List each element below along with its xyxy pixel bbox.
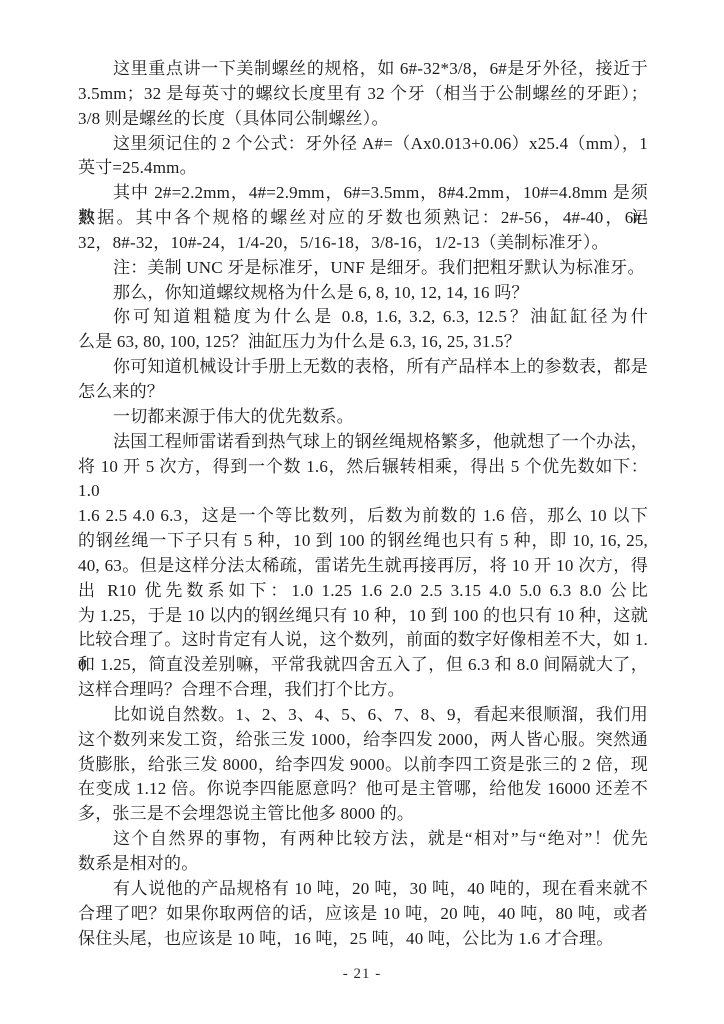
text-line-4: 这里须记住的 2 个公式：牙外径 A#=（Ax0.013+0.06）x25.4（… [78,132,648,157]
text-line-20: 的钢丝绳一下子只有 5 种，10 到 100 的钢丝绳也只有 5 种，即 10,… [78,529,648,554]
text-line-10: 那么，你知道螺纹规格为什么是 6, 8, 10, 12, 14, 16 吗？ [78,281,648,306]
text-line-3: 3/8 则是螺丝的长度（具体同公制螺丝）。 [78,107,648,132]
text-line-9: 注：美制 UNC 牙是标准牙，UNF 是细牙。我们把粗牙默认为标准牙。 [78,256,648,281]
text-line-12: 么是 63, 80, 100, 125？油缸压力为什么是 6.3, 16, 25… [78,330,648,355]
text-line-11: 你可知道粗糙度为什么是 0.8, 1.6, 3.2, 6.3, 12.5？油缸缸… [78,305,648,330]
text-line-16: 法国工程师雷诺看到热气球上的钢丝绳规格繁多，他就想了一个办法， [78,430,648,455]
text-line-18: 1.0 [78,479,648,504]
text-line-36: 保住头尾，也应该是 10 吨，16 吨，25 吨，40 吨，公比为 1.6 才合… [78,927,648,952]
text-line-29: 货膨胀，给张三发 8000，给李四发 9000。以前李四工资是张三的 2 倍，现 [78,753,648,778]
text-line-25: 和 1.25，简直没差别嘛，平常我就四舍五入了，但 6.3 和 8.0 间隔就大… [78,653,648,678]
text-line-6: 其中 2#=2.2mm，4#=2.9mm，6#=3.5mm，8#4.2mm，10… [78,181,648,206]
text-line-23: 为 1.25，于是 10 以内的钢丝绳只有 10 种，10 到 100 的也只有… [78,604,648,629]
text-line-34: 有人说他的产品规格有 10 吨，20 吨，30 吨，40 吨的，现在看来就不 [78,877,648,902]
text-line-26: 这样合理吗？合理不合理，我们打个比方。 [78,678,648,703]
text-line-19: 1.6 2.5 4.0 6.3，这是一个等比数列，后数为前数的 1.6 倍，那么… [78,504,648,529]
text-line-33: 数系是相对的。 [78,852,648,877]
text-line-31: 多，张三是不会埋怨说主管比他多 8000 的。 [78,802,648,827]
page-footer: - 21 - [0,966,724,983]
text-line-13: 你可知道机械设计手册上无数的表格，所有产品样本上的参数表，都是 [78,355,648,380]
text-line-22: 出 R10 优先数系如下：1.0 1.25 1.6 2.0 2.5 3.15 4… [78,579,648,604]
text-line-1: 这里重点讲一下美制螺丝的规格，如 6#-32*3/8，6#是牙外径，接近于 [78,57,648,82]
body-text: 这里重点讲一下美制螺丝的规格，如 6#-32*3/8，6#是牙外径，接近于3.5… [78,57,648,951]
text-line-30: 在变成 1.12 倍。你说李四能愿意吗？他可是主管哪，给他发 16000 还差不 [78,777,648,802]
text-line-35: 合理了吧？如果你取两倍的话，应该是 10 吨，20 吨，40 吨，80 吨，或者 [78,902,648,927]
text-line-2: 3.5mm；32 是每英寸的螺纹长度里有 32 个牙（相当于公制螺丝的牙距）； [78,82,648,107]
text-line-32: 这个自然界的事物，有两种比较方法，就是“相对”与“绝对”！优先 [78,827,648,852]
text-line-17: 将 10 开 5 次方，得到一个数 1.6，然后辗转相乘，得出 5 个优先数如下… [78,455,648,480]
document-page: 这里重点讲一下美制螺丝的规格，如 6#-32*3/8，6#是牙外径，接近于3.5… [0,0,724,1024]
page-number: - 21 - [343,966,382,982]
text-line-5: 英寸=25.4mm。 [78,156,648,181]
text-line-8: 32，8#-32，10#-24，1/4-20，5/16-18，3/8-16，1/… [78,231,648,256]
text-line-24: 比较合理了。这时肯定有人说，这个数列，前面的数字好像相差不大，如 1.0 [78,628,648,653]
text-line-7: 数据。其中各个规格的螺丝对应的牙数也须熟记：2#-56，4#-40，6#- [78,206,648,231]
text-line-15: 一切都来源于伟大的优先数系。 [78,405,648,430]
text-line-27: 比如说自然数。1、2、3、4、5、6、7、8、9，看起来很顺溜，我们用 [78,703,648,728]
text-line-14: 怎么来的？ [78,380,648,405]
text-line-28: 这个数列来发工资，给张三发 1000，给李四发 2000，两人皆心服。突然通 [78,728,648,753]
text-line-21: 40, 63。但是这样分法太稀疏，雷诺先生就再接再厉，将 10 开 10 次方，… [78,554,648,579]
